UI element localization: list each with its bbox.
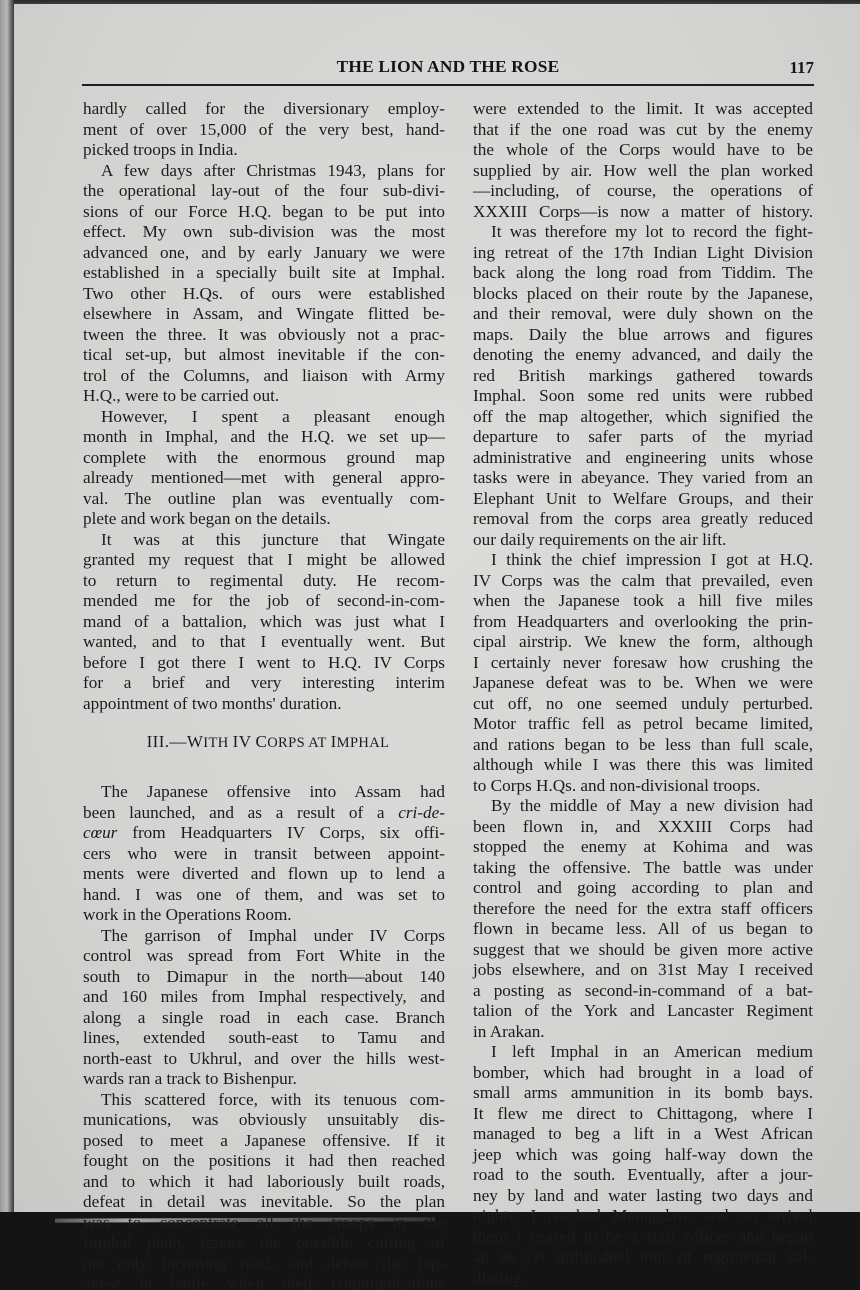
text-line: bomber, which had brought in a load of [473, 1063, 813, 1084]
text-line: been flown in, and XXXIII Corps had [473, 817, 813, 838]
text-line: cipal airstrip. We knew the form, althou… [473, 632, 813, 653]
text-line: complete with the enormous ground map [83, 448, 445, 469]
text-line: It was at this juncture that Wingate [83, 530, 445, 551]
text-line: taking the offensive. The battle was und… [473, 858, 813, 879]
text-line: south to Dimapur in the north—about 140 [83, 967, 445, 988]
text-line: cers who were in transit between appoint… [83, 844, 445, 865]
text-line: in Arakan. [473, 1022, 813, 1043]
text-line: jeep which was going half-way down the [473, 1145, 813, 1166]
text-line: removal from the corps area greatly redu… [473, 509, 813, 530]
text-line: sions of our Force H.Q. began to be put … [83, 202, 445, 223]
text-line: Motor traffic fell as petrol became limi… [473, 714, 813, 735]
paragraph: hardly called for the diversionary emplo… [83, 99, 445, 161]
text-line: Imphal plain, ignore the possible cuttin… [83, 1233, 445, 1254]
page-number: 117 [789, 58, 814, 78]
paragraph: It was therefore my lot to record the fi… [473, 222, 813, 550]
text-line: month in Imphal, and the H.Q. we set up— [83, 427, 445, 448]
text-line: cœur from Headquarters IV Corps, six off… [83, 823, 445, 844]
text-line: managed to beg a lift in a West African [473, 1124, 813, 1145]
text-line: north-east to Ukhrul, and over the hills… [83, 1049, 445, 1070]
text-line: posed to meet a Japanese offensive. If i… [83, 1131, 445, 1152]
text-line: administrative and engineering units who… [473, 448, 813, 469]
text-line: It was therefore my lot to record the fi… [473, 222, 813, 243]
book-spine-edge [0, 0, 14, 1230]
right-column: were extended to the limit. It was accep… [473, 99, 813, 1288]
text-line: road to the south. Eventually, after a j… [473, 1165, 813, 1186]
text-line: therefore the need for the extra staff o… [473, 899, 813, 920]
text-line: trol of the Columns, and liaison with Ar… [83, 366, 445, 387]
left-column: hardly called for the diversionary emplo… [83, 99, 445, 1290]
text-line: and their removal, were duly shown on th… [473, 304, 813, 325]
text-line: elsewhere in Assam, and Wingate flitted … [83, 304, 445, 325]
text-line: although while I was there this was limi… [473, 755, 813, 776]
paragraph: This scattered force, with its tenuous c… [83, 1090, 445, 1290]
text-line: flown in became less. All of us began to [473, 919, 813, 940]
text-line: ments were diverted and flown up to lend… [83, 864, 445, 885]
text-line: The Japanese offensive into Assam had [83, 782, 445, 803]
text-line: from Headquarters and overlooking the pr… [473, 612, 813, 633]
section-heading-block: III.—WITH IV CORPS AT IMPHAL [83, 714, 445, 772]
running-head: THE LION AND THE ROSE 117 [82, 54, 814, 86]
text-line: denoting the enemy advanced, and daily t… [473, 345, 813, 366]
text-line: work in the Operations Room. [83, 905, 445, 926]
paragraph: I left Imphal in an American medium bomb… [473, 1042, 813, 1288]
text-line: off the map altogether, which signified … [473, 407, 813, 428]
paragraph: The garrison of Imphal under IV Corps co… [83, 926, 445, 1090]
italic-phrase: cœur [83, 823, 117, 842]
text-line: tasks were in abeyance. They varied from… [473, 468, 813, 489]
text-line: the only incoming road, and defeat the J… [83, 1254, 445, 1275]
text-line: ney by land and water lasting two days a… [473, 1186, 813, 1207]
text-line: and rations began to be less than full s… [473, 735, 813, 756]
text-line: IV Corps was the calm that prevailed, ev… [473, 571, 813, 592]
text-line: granted my request that I might be allow… [83, 550, 445, 571]
paragraph: were extended to the limit. It was accep… [473, 99, 813, 222]
paragraph: However, I spent a pleasant enough month… [83, 407, 445, 530]
text-line: A few days after Christmas 1943, plans f… [83, 161, 445, 182]
text-line: H.Q., were to be carried out. [83, 386, 445, 407]
text-line: hand. I was one of them, and was set to [83, 885, 445, 906]
paragraph: The Japanese offensive into Assam had be… [83, 782, 445, 926]
text-line: wanted, and to that I eventually went. B… [83, 632, 445, 653]
text-line: I certainly never foresaw how crushing t… [473, 653, 813, 674]
text-line: along a single road in each case. Branch [83, 1008, 445, 1029]
text-line: control and going according to plan and [473, 878, 813, 899]
paragraph: By the middle of May a new division had … [473, 796, 813, 1042]
text-line: supplied by air. How well the plan worke… [473, 161, 813, 182]
text-line: picked troops in India. [83, 140, 445, 161]
text-line: mand of a battalion, which was just what… [83, 612, 445, 633]
text-line: to return to regimental duty. He recom- [83, 571, 445, 592]
text-line: advanced one, and by early January we we… [83, 243, 445, 264]
text-line: defeat in detail was inevitable. So the … [83, 1192, 445, 1213]
text-line: anese in battle when their communication… [83, 1274, 445, 1290]
text-line: an as yet unfinished tour of regimental … [473, 1247, 813, 1268]
text-line: The garrison of Imphal under IV Corps [83, 926, 445, 947]
text-line: control was spread from Fort White in th… [83, 946, 445, 967]
text-line: diering. [473, 1268, 813, 1289]
text-line: cut off, no one seemed unduly perturbed. [473, 694, 813, 715]
text-line: were extended to the limit. It was accep… [473, 99, 813, 120]
text-line: stopped the enemy at Kohima and was [473, 837, 813, 858]
text-line: Two other H.Qs. of ours were established [83, 284, 445, 305]
text-line: to Corps H.Qs. and non-divisional troops… [473, 776, 813, 797]
paragraph: I think the chief impression I got at H.… [473, 550, 813, 796]
italic-phrase: cri-de- [398, 803, 445, 822]
text-line: munications, was obviously unsuitably di… [83, 1110, 445, 1131]
text-line: red British markings gathered towards [473, 366, 813, 387]
text-line: wards ran a track to Bishenpur. [83, 1069, 445, 1090]
text-line: and to which it had laboriously built ro… [83, 1172, 445, 1193]
text-line: I think the chief impression I got at H.… [473, 550, 813, 571]
text-line: Japanese defeat was to be. When we were [473, 673, 813, 694]
text-line: the whole of the Corps would have to be [473, 140, 813, 161]
text-line: maps. Daily the blue arrows and figures [473, 325, 813, 346]
text-line: ment of over 15,000 of the very best, ha… [83, 120, 445, 141]
paragraph: It was at this juncture that Wingate gra… [83, 530, 445, 715]
text-line: lines, extended south-east to Tamu and [83, 1028, 445, 1049]
text-line: plete and work began on the details. [83, 509, 445, 530]
text-line: when the Japanese took a hill five miles [473, 591, 813, 612]
text-line: blocks placed on their route by the Japa… [473, 284, 813, 305]
text-line: It flew me direct to Chittagong, where I [473, 1104, 813, 1125]
text-line: hardly called for the diversionary emplo… [83, 99, 445, 120]
text-line: jobs elsewhere, and on 31st May I receiv… [473, 960, 813, 981]
text-line: that if the one road was cut by the enem… [473, 120, 813, 141]
text-line: mended me for the job of second-in-com- [83, 591, 445, 612]
text-line: suggest that we should be given more act… [473, 940, 813, 961]
text-line: By the middle of May a new division had [473, 796, 813, 817]
running-title: THE LION AND THE ROSE [75, 57, 822, 77]
text-line: This scattered force, with its tenuous c… [83, 1090, 445, 1111]
text-line: Imphal. Soon some red units were rubbed [473, 386, 813, 407]
text-line: established in a specially built site at… [83, 263, 445, 284]
text-line: I left Imphal in an American medium [473, 1042, 813, 1063]
text-line: Elephant Unit to Welfare Groups, and the… [473, 489, 813, 510]
text-line: ing retreat of the 17th Indian Light Div… [473, 243, 813, 264]
text-line: effect. My own sub-division was the most [83, 222, 445, 243]
text-line: before I got there I went to H.Q. IV Cor… [83, 653, 445, 674]
text-line: tical set-up, but almost inevitable if t… [83, 345, 445, 366]
text-line: there I ceased to be a staff officer and… [473, 1227, 813, 1248]
text-line: been launched, and as a result of a cri-… [83, 803, 445, 824]
text-line: departure to safer parts of the myriad [473, 427, 813, 448]
text-line: tween the three. It was obviously not a … [83, 325, 445, 346]
text-line: talion of the York and Lancaster Regimen… [473, 1001, 813, 1022]
text-line: was to concentrate all the troops in the [83, 1213, 445, 1234]
text-line: our daily requirements on the air lift. [473, 530, 813, 551]
text-line: already mentioned—met with general appro… [83, 468, 445, 489]
text-line: and 160 miles from Imphal respectively, … [83, 987, 445, 1008]
text-line: appointment of two months' duration. [83, 694, 445, 715]
text-line: val. The outline plan was eventually com… [83, 489, 445, 510]
text-line: However, I spent a pleasant enough [83, 407, 445, 428]
text-line: a posting as second-in-command of a bat- [473, 981, 813, 1002]
text-line: —including, of course, the operations of [473, 181, 813, 202]
paragraph: A few days after Christmas 1943, plans f… [83, 161, 445, 407]
text-line: the operational lay-out of the four sub-… [83, 181, 445, 202]
text-line: back along the long road from Tiddim. Th… [473, 263, 813, 284]
text-line: fought on the positions it had then reac… [83, 1151, 445, 1172]
section-heading: III.—WITH IV CORPS AT IMPHAL [83, 732, 445, 752]
text-line: nights, I reached Maungdaw, and on arriv… [473, 1206, 813, 1227]
text-line: small arms ammunition in its bomb bays. [473, 1083, 813, 1104]
text-line: for a brief and very interesting interim [83, 673, 445, 694]
text-line: XXXIII Corps—is now a matter of history. [473, 202, 813, 223]
